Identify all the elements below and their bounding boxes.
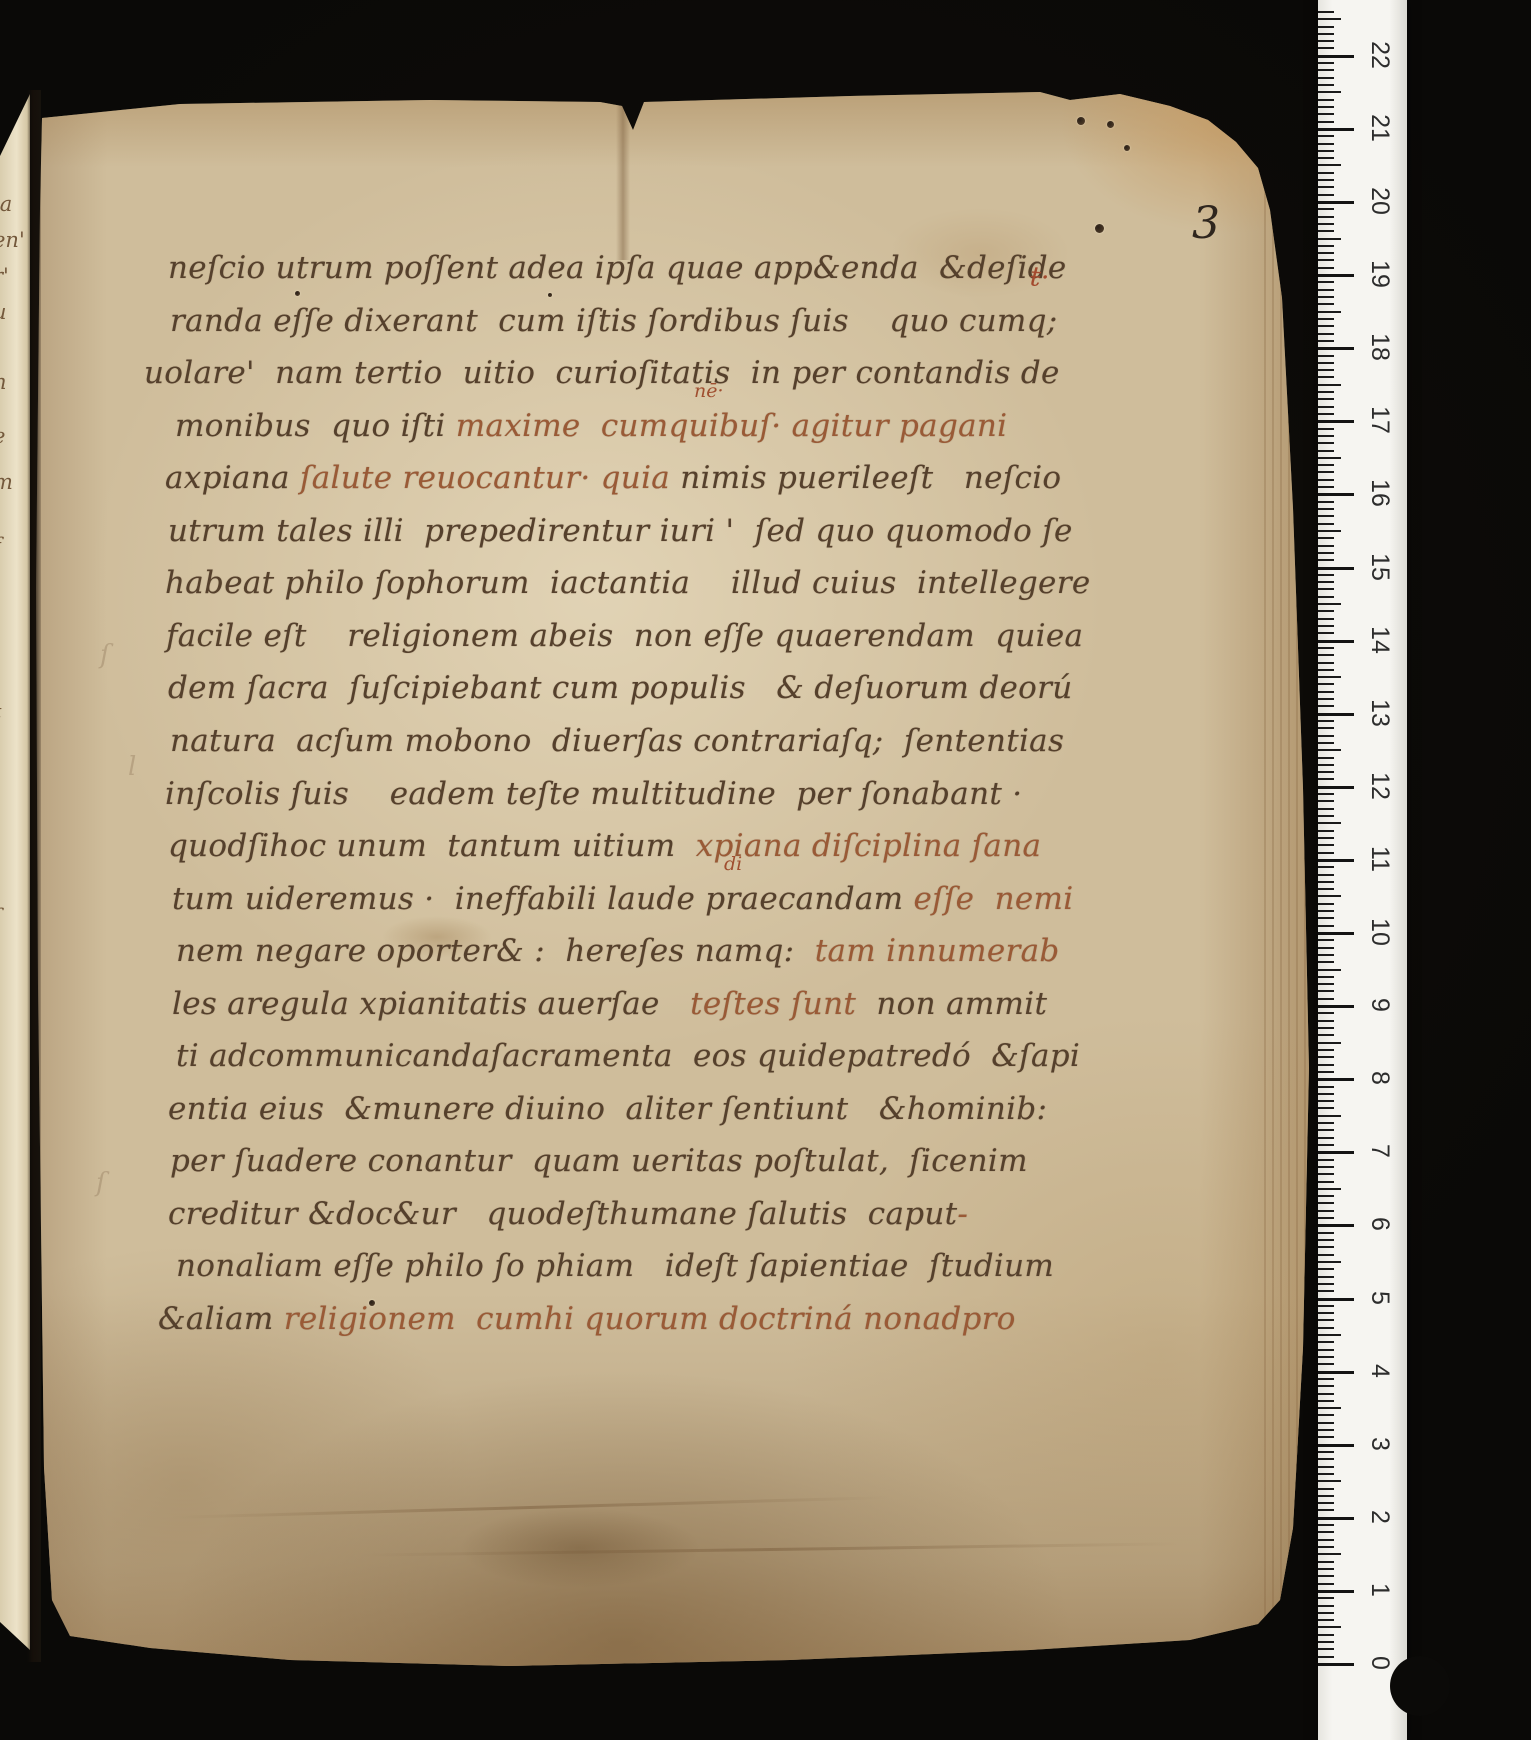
ruler-tick	[1318, 311, 1341, 313]
ruler-label: 5	[1367, 1276, 1393, 1320]
ruler-tick	[1318, 1341, 1334, 1343]
ruler-label: 22	[1367, 33, 1393, 77]
ruler-tick	[1318, 1634, 1334, 1636]
ruler-tick	[1318, 1531, 1334, 1533]
ruler-tick	[1318, 450, 1334, 452]
ruler-tick	[1318, 998, 1334, 1000]
ruler-tick	[1318, 1202, 1334, 1204]
ruler-tick	[1318, 1042, 1341, 1044]
ruler-tick	[1318, 1502, 1334, 1504]
ruler-tick	[1318, 347, 1354, 350]
ruler-tick	[1318, 515, 1334, 517]
ruler-tick	[1318, 895, 1341, 897]
ruler-tick	[1318, 1605, 1334, 1607]
ruler-tick	[1318, 1363, 1334, 1365]
ruler-tick	[1318, 1407, 1341, 1409]
wormhole	[1095, 224, 1104, 233]
ruler-tick	[1318, 903, 1334, 905]
ruler-label: 15	[1367, 545, 1393, 589]
ruler-tick	[1318, 303, 1334, 305]
ruler-label: 17	[1367, 398, 1393, 442]
ruler-tick	[1318, 1568, 1334, 1570]
ruler-tick	[1318, 530, 1341, 532]
ruler-tick	[1318, 1093, 1334, 1095]
ruler-tick	[1318, 1597, 1334, 1599]
ruler-tick	[1318, 113, 1334, 115]
facing-page-text-fragment: n	[0, 370, 27, 394]
ruler-tick	[1318, 1122, 1334, 1124]
ruler-tick	[1318, 1210, 1334, 1212]
ruler-tick	[1318, 1590, 1354, 1593]
facing-page-text-fragment: m	[0, 470, 27, 494]
ruler-tick	[1318, 1188, 1341, 1190]
ruler-tick	[1318, 340, 1334, 342]
parchment-stain	[382, 916, 492, 958]
ruler-tick	[1318, 1254, 1334, 1256]
ruler-tick	[1318, 1086, 1334, 1088]
ruler-tick	[1318, 1290, 1334, 1292]
ruler-tick	[1318, 1115, 1341, 1117]
ruler-label: 20	[1367, 179, 1393, 223]
ruler-tick	[1318, 939, 1334, 941]
ruler-tick	[1318, 969, 1341, 971]
ruler-tick	[1318, 815, 1334, 817]
ruler-tick	[1318, 698, 1334, 700]
ruler-tick	[1318, 874, 1334, 876]
ruler-tick	[1318, 398, 1334, 400]
facing-page-text-fragment: f	[0, 534, 27, 558]
ruler-tick	[1318, 610, 1334, 612]
ruler-tick	[1318, 1378, 1334, 1380]
ruler-tick	[1318, 1451, 1334, 1453]
ruler-tick	[1318, 1246, 1334, 1248]
ruler-label: 16	[1367, 471, 1393, 515]
ruler-tick	[1318, 844, 1334, 846]
ruler-tick	[1318, 640, 1354, 643]
ruler-tick	[1318, 749, 1341, 751]
ruler-tick	[1318, 881, 1334, 883]
ruler-tick	[1318, 947, 1334, 949]
ruler-tick	[1318, 793, 1334, 795]
ruler-tick	[1318, 1553, 1341, 1555]
ruler-tick	[1318, 932, 1354, 935]
ruler-tick	[1318, 384, 1341, 386]
ruler-tick	[1318, 1159, 1334, 1161]
ruler-tick	[1318, 830, 1334, 832]
ruler-tick	[1318, 1400, 1334, 1402]
ruler-tick	[1318, 47, 1334, 49]
ruler-tick	[1318, 859, 1354, 862]
ruler-tick	[1318, 574, 1334, 576]
ruler-tick	[1318, 1539, 1334, 1541]
ruler-tick	[1318, 1020, 1334, 1022]
facing-page-text-fragment: la	[0, 192, 27, 216]
ruler-tick	[1318, 866, 1334, 868]
ruler-tick	[1318, 1327, 1334, 1329]
ruler-tick	[1318, 1268, 1334, 1270]
parchment-stain	[890, 208, 1070, 298]
ruler-tick	[1318, 764, 1334, 766]
ruler-tick	[1318, 267, 1334, 269]
ruler-tick	[1318, 625, 1334, 627]
ruler-tick	[1318, 683, 1334, 685]
ruler-tick	[1318, 662, 1334, 664]
ruler-tick	[1318, 1071, 1334, 1073]
ruler-tick	[1318, 208, 1334, 210]
ruler-tick	[1318, 1488, 1334, 1490]
ruler-tick	[1318, 1027, 1334, 1029]
ruler-tick	[1318, 910, 1334, 912]
ruler-tick	[1318, 245, 1334, 247]
ruler-label: 14	[1367, 618, 1393, 662]
ruler-tick	[1318, 1319, 1334, 1321]
ruler-label: 1	[1367, 1568, 1393, 1612]
ruler-label: 11	[1367, 837, 1393, 881]
ruler-tick	[1318, 1107, 1334, 1109]
wormhole	[369, 1300, 375, 1306]
ruler-tick	[1318, 186, 1334, 188]
ruler-tick	[1318, 464, 1334, 466]
ruler-tick	[1318, 713, 1354, 716]
ruler-tick	[1318, 69, 1334, 71]
ruler-tick	[1318, 1173, 1334, 1175]
ruler-tick	[1318, 1495, 1334, 1497]
ruler-tick	[1318, 471, 1334, 473]
ruler-tick	[1318, 1224, 1354, 1227]
ruler-tick	[1318, 1414, 1334, 1416]
ruler-tick	[1318, 800, 1334, 802]
ruler-tick	[1318, 1181, 1334, 1183]
ruler-tick	[1318, 216, 1334, 218]
ruler-label: 7	[1367, 1129, 1393, 1173]
ruler-tick	[1318, 1422, 1334, 1424]
ruler-tick	[1318, 194, 1334, 196]
ruler-tick	[1318, 1166, 1334, 1168]
ruler-tick	[1318, 106, 1334, 108]
ruler-tick	[1318, 596, 1334, 598]
ruler-tick	[1318, 501, 1334, 503]
ruler-tick	[1318, 1393, 1334, 1395]
ruler-tick	[1318, 727, 1334, 729]
ruler-tick	[1318, 457, 1341, 459]
ruler-tick	[1318, 1349, 1334, 1351]
ruler-tick	[1318, 296, 1334, 298]
ruler-tick	[1318, 406, 1334, 408]
ruler-tick	[1318, 1371, 1354, 1374]
ruler-tick	[1318, 150, 1334, 152]
ruler-tick	[1318, 742, 1334, 744]
facing-page-text-fragment: ſ	[0, 905, 27, 929]
ruler-label: 0	[1367, 1641, 1393, 1685]
ruler-tick	[1318, 435, 1334, 437]
ruler-tick	[1318, 143, 1334, 145]
facing-page-text-fragment: u	[0, 300, 27, 324]
ruler-tick	[1318, 1312, 1334, 1314]
wormhole	[295, 291, 300, 296]
ruler-tick	[1318, 1232, 1334, 1234]
ruler-tick	[1318, 1283, 1334, 1285]
ruler-tick	[1318, 259, 1334, 261]
facing-page-text-fragment: en'	[0, 228, 27, 252]
ruler-tick	[1318, 1583, 1334, 1585]
ruler-tick	[1318, 230, 1334, 232]
ruler-tick	[1318, 1012, 1334, 1014]
ruler-tick	[1318, 1144, 1334, 1146]
ruler-tick	[1318, 508, 1334, 510]
ruler-tick	[1318, 669, 1334, 671]
ruler-tick	[1318, 1049, 1334, 1051]
ruler-tick	[1318, 618, 1334, 620]
ruler-tick	[1318, 55, 1354, 58]
ruler-tick	[1318, 1524, 1334, 1526]
wormhole	[548, 293, 552, 297]
ruler-tick	[1318, 523, 1334, 525]
ruler-tick	[1318, 545, 1334, 547]
ruler-tick	[1318, 1561, 1334, 1563]
ruler-tick	[1318, 172, 1334, 174]
ruler-tick	[1318, 990, 1334, 992]
ruler-tick	[1318, 1239, 1334, 1241]
ruler-tick	[1318, 164, 1341, 166]
ruler-tick	[1318, 1261, 1341, 1263]
ruler-tick	[1318, 588, 1334, 590]
ruler-tick	[1318, 1656, 1334, 1658]
ruler-tick	[1318, 705, 1334, 707]
ruler-tick	[1318, 1612, 1334, 1614]
ruler-tick	[1318, 135, 1334, 137]
ruler-tick	[1318, 493, 1354, 496]
ruler-tick	[1318, 822, 1341, 824]
ruler-tick	[1318, 837, 1334, 839]
ruler-label: 13	[1367, 691, 1393, 735]
ruler-tick	[1318, 1429, 1334, 1431]
ruler-tick	[1318, 1480, 1341, 1482]
ruler-tick	[1318, 917, 1334, 919]
ruler-tick	[1318, 552, 1334, 554]
ruler-tick	[1318, 223, 1334, 225]
facing-page-text-fragment: r'	[0, 264, 27, 288]
ruler-tick	[1318, 486, 1334, 488]
ruler-tick	[1318, 647, 1334, 649]
ruler-tick	[1318, 1458, 1334, 1460]
ruler-tick	[1318, 1546, 1334, 1548]
ruler-tick	[1318, 1078, 1354, 1081]
ruler-label: 19	[1367, 252, 1393, 296]
ruler-tick	[1318, 289, 1334, 291]
ruler-tick	[1318, 1100, 1334, 1102]
ruler-tick	[1318, 1129, 1334, 1131]
ruler-tick	[1318, 852, 1334, 854]
facing-page-sliver: laen'r'unemftſ	[0, 94, 30, 1656]
ruler-tick	[1318, 983, 1334, 985]
ruler-label: 21	[1367, 106, 1393, 150]
ruler-tick	[1318, 201, 1354, 204]
manuscript-page	[30, 88, 1315, 1674]
ruler-tick	[1318, 559, 1334, 561]
ruler-tick	[1318, 281, 1334, 283]
ruler-tick	[1318, 1626, 1341, 1628]
ruler-tick	[1318, 84, 1334, 86]
ruler-label: 9	[1367, 983, 1393, 1027]
ruler-tick	[1318, 537, 1334, 539]
ruler-tick	[1318, 925, 1334, 927]
ruler-tick	[1318, 1276, 1334, 1278]
ruler-tick	[1318, 1334, 1341, 1336]
ruler-label: 2	[1367, 1495, 1393, 1539]
ruler-tick	[1318, 252, 1334, 254]
ruler-tick	[1318, 121, 1334, 123]
ruler-label: 3	[1367, 1422, 1393, 1466]
ruler-notch	[1390, 1656, 1450, 1716]
ruler-tick	[1318, 274, 1354, 277]
ruler-tick	[1318, 91, 1341, 93]
ruler-tick	[1318, 333, 1334, 335]
ruler-tick	[1318, 1466, 1334, 1468]
ruler-tick	[1318, 1641, 1334, 1643]
ruler-tick	[1318, 581, 1334, 583]
ruler-tick	[1318, 1663, 1354, 1666]
ruler-tick	[1318, 18, 1341, 20]
parchment-crease	[616, 94, 630, 260]
ruler-tick	[1318, 11, 1334, 13]
ruler-tick	[1318, 1034, 1334, 1036]
ruler-tick	[1318, 128, 1354, 131]
ruler-tick	[1318, 1305, 1334, 1307]
ruler-label: 12	[1367, 764, 1393, 808]
ruler-tick	[1318, 157, 1334, 159]
ruler-tick	[1318, 376, 1334, 378]
ruler-tick	[1318, 26, 1334, 28]
ruler-tick	[1318, 632, 1334, 634]
ruler-tick	[1318, 1385, 1334, 1387]
ruler-tick	[1318, 479, 1334, 481]
ruler-label: 18	[1367, 325, 1393, 369]
facing-page-text-fragment: t	[0, 700, 27, 724]
ruler-tick	[1318, 1436, 1334, 1438]
ruler-tick	[1318, 1217, 1334, 1219]
ruler-tick	[1318, 1195, 1334, 1197]
ruler-tick	[1318, 413, 1334, 415]
ruler-tick	[1318, 786, 1354, 789]
ruler-tick	[1318, 654, 1334, 656]
ruler-tick	[1318, 420, 1354, 423]
ruler-tick	[1318, 62, 1334, 64]
ruler-tick	[1318, 369, 1334, 371]
wormhole	[1107, 121, 1114, 128]
ruler-tick	[1318, 567, 1354, 570]
ruler-tick	[1318, 1298, 1354, 1301]
ruler-label: 10	[1367, 910, 1393, 954]
ruler-tick	[1318, 1064, 1334, 1066]
wormhole	[1077, 117, 1085, 125]
ruler-tick	[1318, 1619, 1334, 1621]
ruler-tick	[1318, 442, 1334, 444]
ruler-tick	[1318, 676, 1341, 678]
ruler-tick	[1318, 1444, 1354, 1447]
ruler-tick	[1318, 757, 1334, 759]
ruler-tick	[1318, 778, 1334, 780]
ruler-tick	[1318, 179, 1334, 181]
ruler-label: 8	[1367, 1056, 1393, 1100]
ruler-tick	[1318, 1473, 1334, 1475]
ruler-tick	[1318, 355, 1334, 357]
gutter-shadow	[27, 90, 41, 1662]
ruler-tick	[1318, 771, 1334, 773]
wormhole	[1124, 145, 1130, 151]
cm-ruler: 012345678910111213141516171819202122	[1318, 0, 1407, 1740]
ruler-tick	[1318, 318, 1334, 320]
ruler-tick	[1318, 1517, 1354, 1520]
ruler-tick	[1318, 888, 1334, 890]
ruler-tick	[1318, 428, 1334, 430]
ruler-tick	[1318, 1005, 1354, 1008]
ruler-tick	[1318, 691, 1334, 693]
photograph-stage: laen'r'unemftſ 3 ŧ· neſcio utrum poſſent…	[0, 0, 1531, 1740]
ruler-tick	[1318, 238, 1341, 240]
parchment-stain	[460, 1508, 700, 1588]
ruler-tick	[1318, 603, 1341, 605]
ruler-tick	[1318, 77, 1334, 79]
ruler-tick	[1318, 1151, 1354, 1154]
ruler-tick	[1318, 1575, 1334, 1577]
ruler-label: 4	[1367, 1349, 1393, 1393]
ruler-tick	[1318, 961, 1334, 963]
facing-page-text-fragment: e	[0, 424, 27, 448]
ruler-tick	[1318, 391, 1334, 393]
ruler-tick	[1318, 735, 1334, 737]
ruler-tick	[1318, 325, 1334, 327]
ruler-tick	[1318, 1056, 1334, 1058]
ruler-tick	[1318, 1356, 1334, 1358]
ruler-tick	[1318, 720, 1334, 722]
ruler-tick	[1318, 362, 1334, 364]
ruler-tick	[1318, 1509, 1334, 1511]
ruler-tick	[1318, 954, 1334, 956]
ruler-tick	[1318, 808, 1334, 810]
ruler-tick	[1318, 99, 1334, 101]
ruler-tick	[1318, 33, 1334, 35]
ruler-tick	[1318, 1137, 1334, 1139]
ruler-tick	[1318, 976, 1334, 978]
ruler-label: 6	[1367, 1202, 1393, 1246]
ruler-tick	[1318, 40, 1334, 42]
page-edge-stack	[1264, 158, 1310, 1628]
ruler-tick	[1318, 1648, 1334, 1650]
